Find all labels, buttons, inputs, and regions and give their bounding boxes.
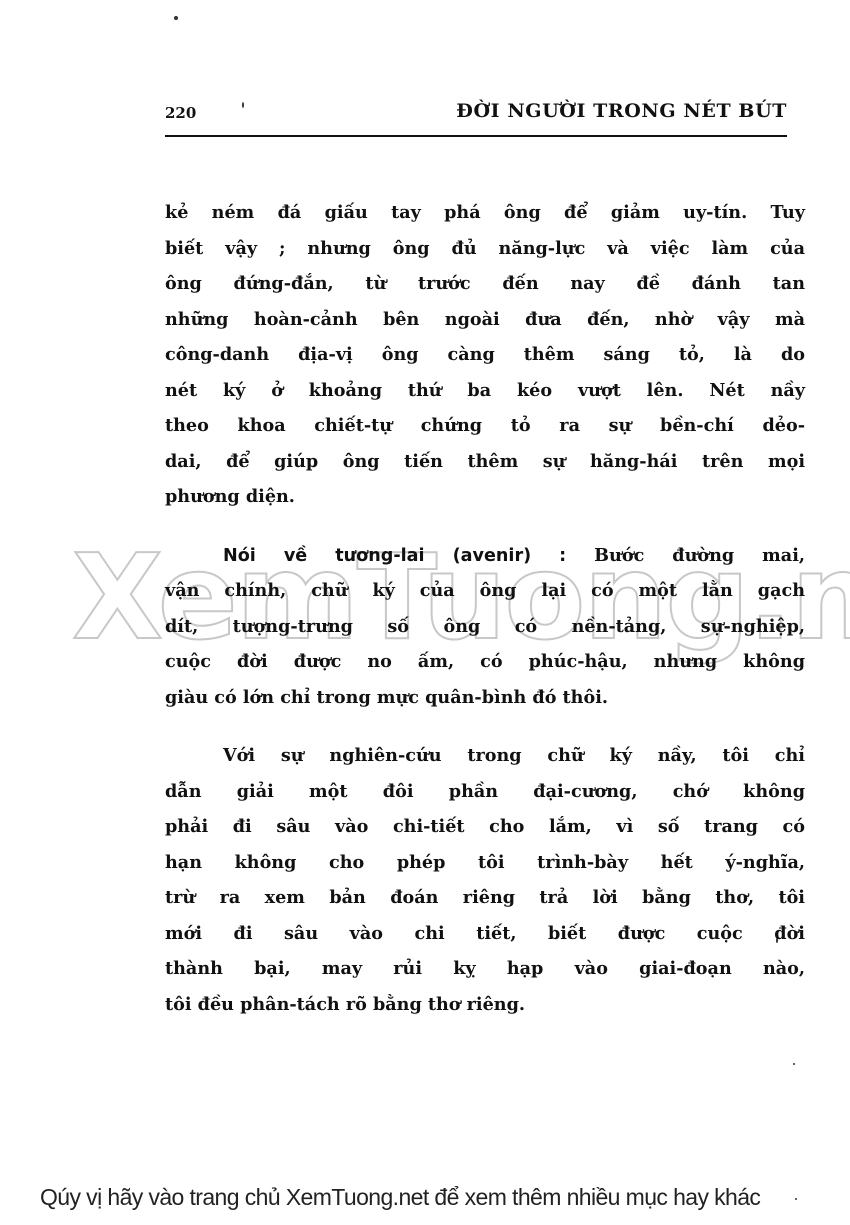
text-line: nét ký ở khoảng thứ ba kéo vượt lên. Nét… <box>165 373 805 409</box>
text-line: Với sự nghiên-cứu trong chữ ký nầy, tôi … <box>165 738 805 774</box>
text-line: phương diện. <box>165 479 805 515</box>
text-line: theo khoa chiết-tự chứng tỏ ra sự bền-ch… <box>165 408 805 444</box>
paragraph-1: kẻ ném đá giấu tay phá ông để giảm uy-tí… <box>165 195 805 515</box>
paragraph-2: Nói về tương-lai (avenir) : Bước đường m… <box>165 538 805 716</box>
text-line: mới đi sâu vào chi tiết, biết được cuộc … <box>165 916 805 952</box>
text-fragment: Bước đường mai, <box>566 545 805 566</box>
text-line: tôi đều phân-tách rõ bằng thơ riêng. <box>165 987 805 1023</box>
footer-note: Qúy vị hãy vào trang chủ XemTuong.net để… <box>40 1184 760 1211</box>
text-line: biết vậy ; nhưng ông đủ năng-lực và việc… <box>165 231 805 267</box>
text-line: Nói về tương-lai (avenir) : Bước đường m… <box>165 538 805 574</box>
text-line: dít, tượng-trưng số ông có nền-tảng, sự-… <box>165 609 805 645</box>
text-line: kẻ ném đá giấu tay phá ông để giảm uy-tí… <box>165 195 805 231</box>
text-line: thành bại, may rủi kỵ hạp vào giai-đoạn … <box>165 951 805 987</box>
paragraph-gap <box>165 715 805 738</box>
text-line: vận chính, chữ ký của ông lại có một lằn… <box>165 573 805 609</box>
site-link[interactable]: XemTuong.net <box>286 1184 429 1210</box>
footer-prefix: Qúy vị hãy vào trang chủ <box>40 1184 286 1210</box>
paragraph-3: Với sự nghiên-cứu trong chữ ký nầy, tôi … <box>165 738 805 1022</box>
running-title: ĐỜI NGƯỜI TRONG NÉT BÚT <box>456 100 787 122</box>
text-line: trừ ra xem bản đoán riêng trả lời bằng t… <box>165 880 805 916</box>
text-line: giàu có lớn chỉ trong mực quân-bình đó t… <box>165 680 805 716</box>
text-line: ông đứng-đắn, từ trước đến nay đề đánh t… <box>165 266 805 302</box>
header-rule <box>165 135 787 137</box>
page-header: 220 ĐỜI NGƯỜI TRONG NÉT BÚT <box>165 100 787 130</box>
text-line: dai, để giúp ông tiến thêm sự hăng-hái t… <box>165 444 805 480</box>
text-line: hạn không cho phép tôi trình-bày hết ý-n… <box>165 845 805 881</box>
scan-speck <box>174 16 178 20</box>
paragraph-gap <box>165 515 805 538</box>
body-text: kẻ ném đá giấu tay phá ông để giảm uy-tí… <box>165 195 805 1022</box>
scan-speck <box>793 1063 795 1065</box>
lead-in-heading: Nói về tương-lai (avenir) : <box>223 546 566 566</box>
text-line: những hoàn-cảnh bên ngoài đưa đến, nhờ v… <box>165 302 805 338</box>
text-line: cuộc đời được no ấm, có phúc-hậu, nhưng … <box>165 644 805 680</box>
page-number: 220 <box>165 104 196 122</box>
footer-suffix: để xem thêm nhiều mục hay khác <box>429 1184 761 1210</box>
scan-speck <box>795 1198 797 1200</box>
text-line: công-danh địa-vị ông càng thêm sáng tỏ, … <box>165 337 805 373</box>
text-line: phải đi sâu vào chi-tiết cho lắm, vì số … <box>165 809 805 845</box>
text-line: dẫn giải một đôi phần đại-cương, chớ khô… <box>165 774 805 810</box>
